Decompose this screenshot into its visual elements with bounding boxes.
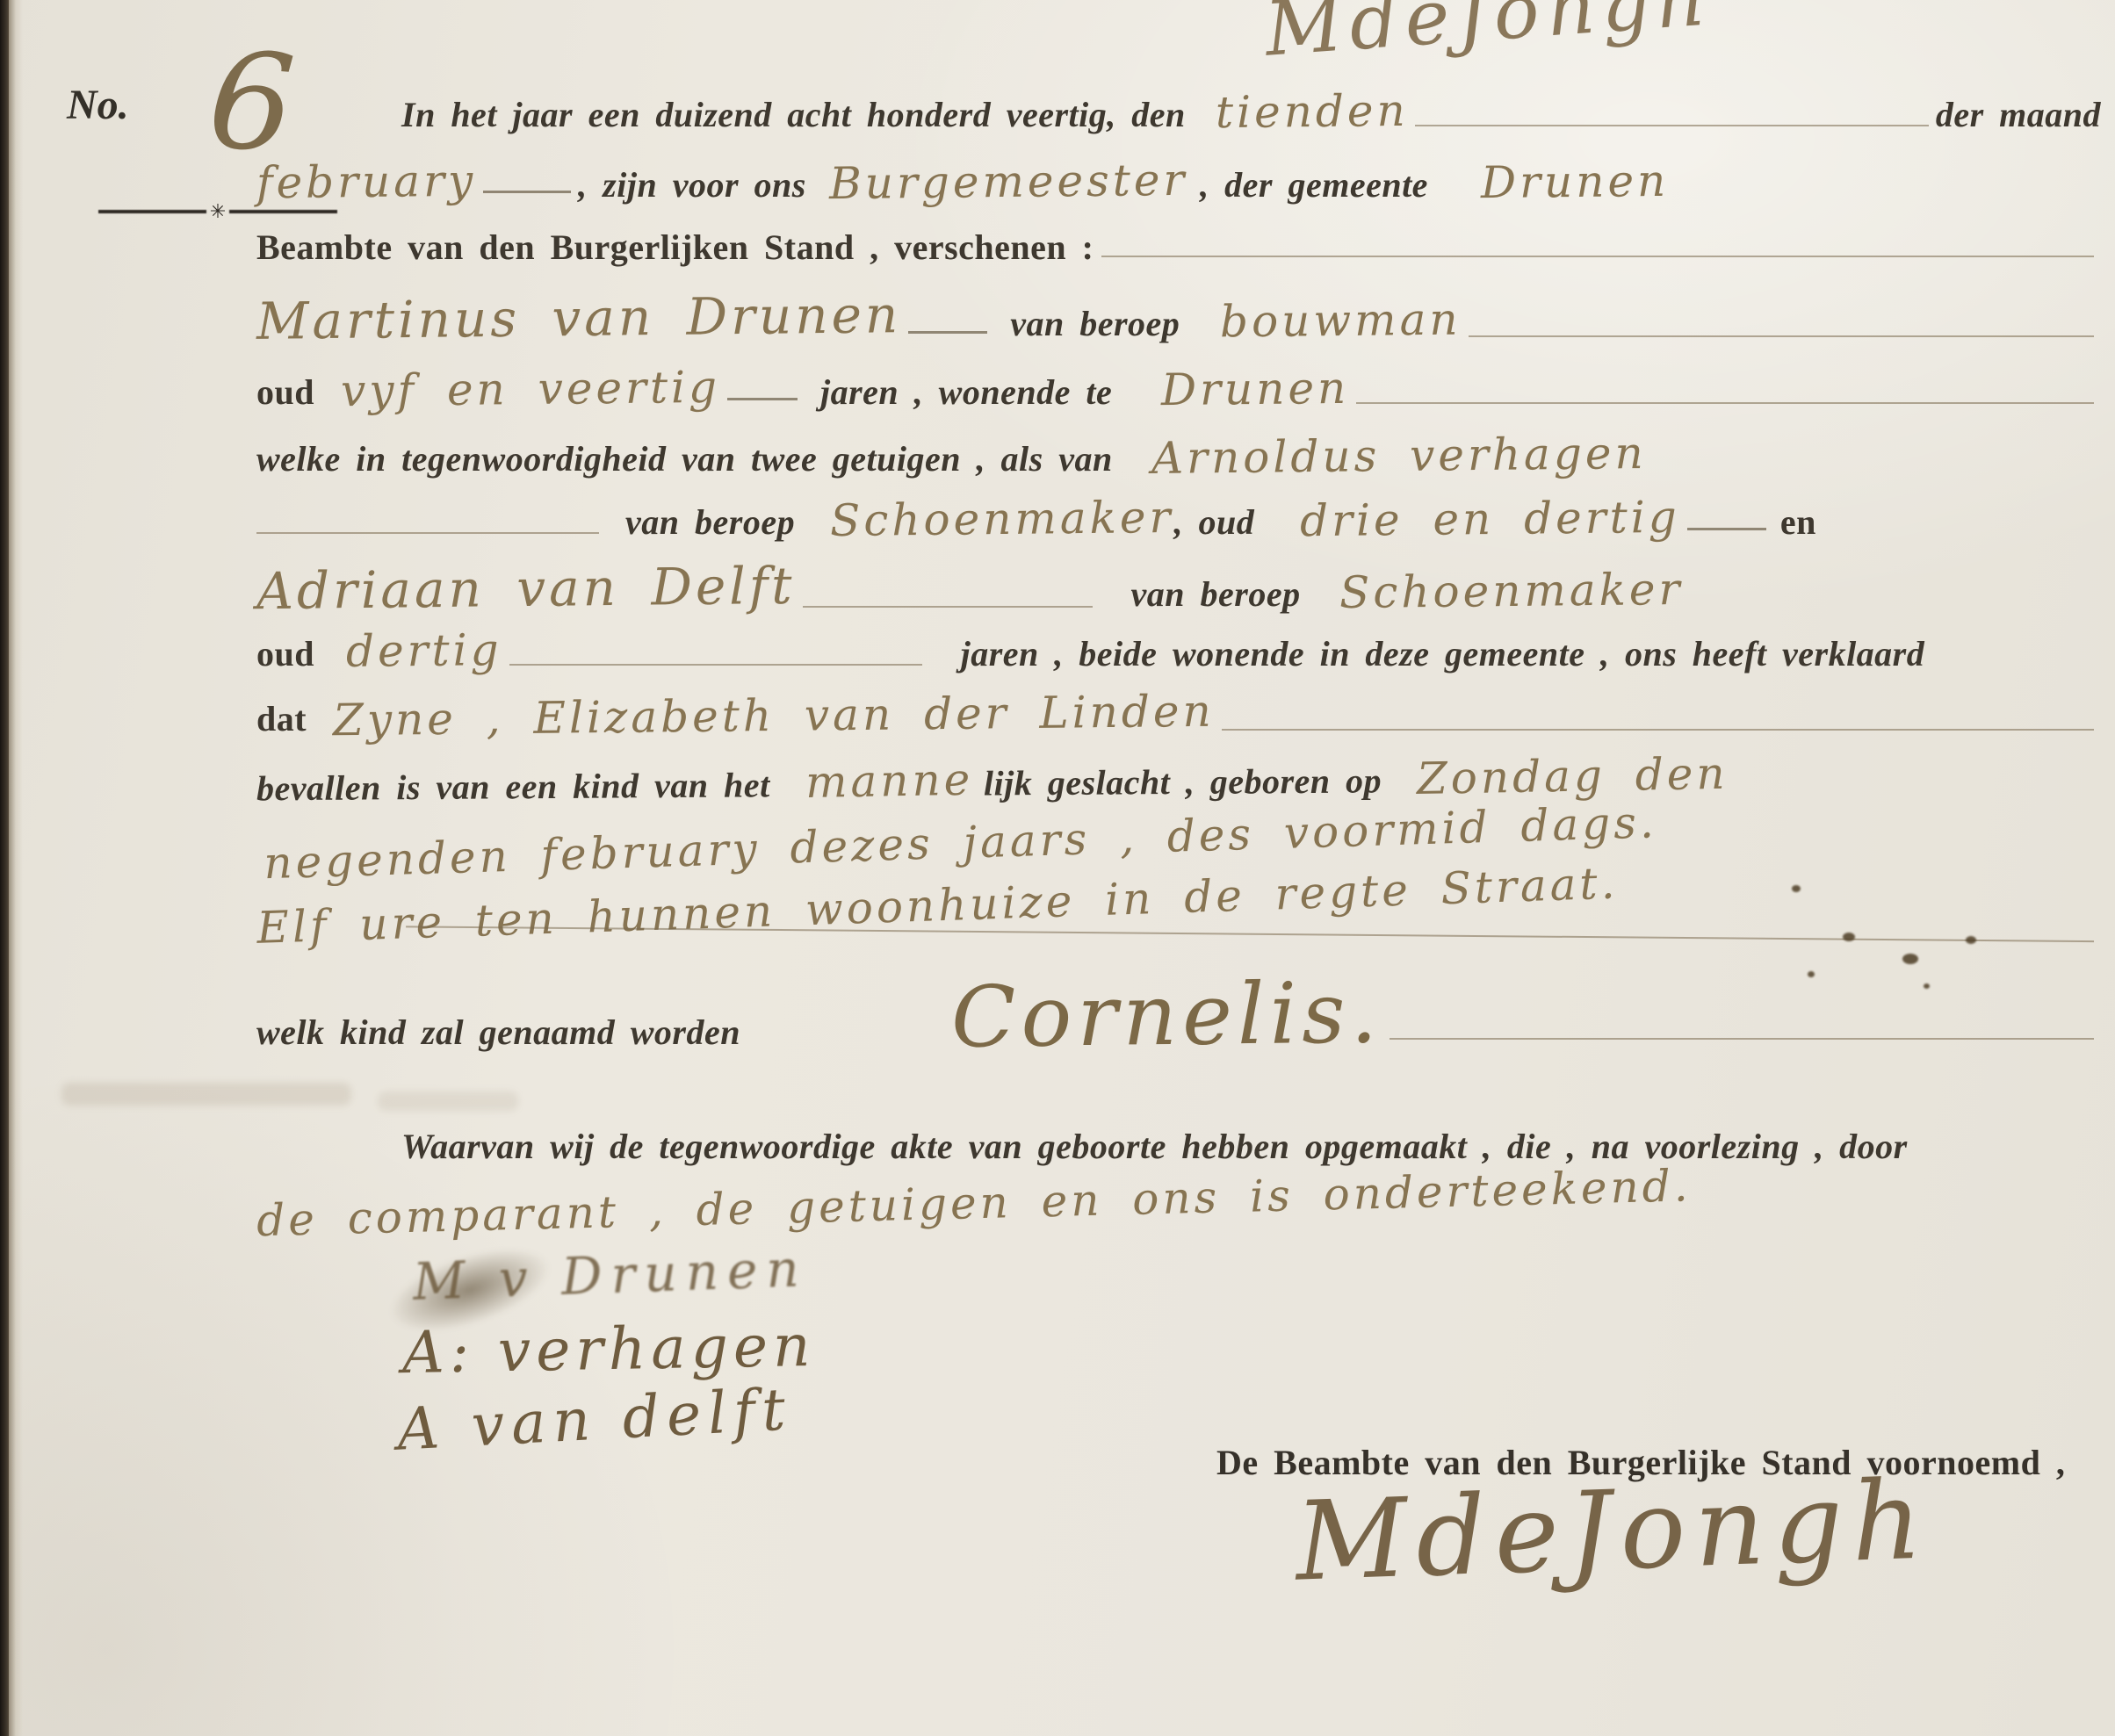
ink-dash [1687, 528, 1766, 530]
signature-witness-1: A: verhagen [401, 1312, 816, 1387]
divider-line [229, 210, 337, 213]
act-line: dat Zyne , Elizabeth van der Linden [256, 690, 2101, 741]
handwritten-text: Schoenmaker [830, 492, 1174, 546]
ink-rule [1222, 729, 2094, 731]
page-binding-edge [0, 0, 9, 1736]
ink-rule [803, 606, 1093, 608]
act-line: welke in tegenwoordigheid van twee getui… [256, 430, 2101, 481]
ink-blot [1792, 885, 1801, 892]
handwritten-text: Schoenmaker [1339, 564, 1683, 618]
ink-blot [1843, 933, 1855, 941]
bleed-through-mark [61, 1083, 351, 1106]
printed-text: jaren , wonende te [820, 371, 1112, 413]
handwritten-text: Adriaan van Delft [256, 556, 796, 621]
birth-record-page: MdeJongh No. 6 ✳ In het jaar een duizend… [0, 0, 2115, 1736]
handwritten-text: Zyne , Elizabeth van der Linden [333, 686, 1215, 746]
signature-witness-2: A van delft [395, 1375, 794, 1463]
closing-line: Waarvan wij de tegenwoordige akte van ge… [256, 1126, 2101, 1167]
printed-text: en [1780, 501, 1816, 543]
act-number-label: No. [67, 81, 129, 129]
signature-officiant: MdeJongh [1294, 1457, 1933, 1605]
printed-text: welk kind zal genaamd worden [256, 1012, 740, 1053]
ink-rule [406, 926, 2094, 942]
handwritten-text: Arnoldus verhagen [1151, 428, 1646, 484]
printed-text: van beroep [1010, 303, 1180, 344]
ink-blot [1902, 954, 1918, 964]
asterisk-icon: ✳ [206, 200, 229, 223]
printed-text: oud [256, 633, 314, 674]
ink-blot [1924, 983, 1930, 989]
closing-line: de comparant , de getuigen en ons is ond… [256, 1162, 2102, 1238]
handwritten-child-name: Cornelis. [950, 963, 1382, 1066]
bleed-through-mark [378, 1091, 518, 1111]
ink-rule [1390, 1038, 2094, 1040]
handwritten-text: Drunen [1481, 155, 1670, 208]
ink-dash [908, 331, 987, 334]
handwritten-text: Drunen [1161, 363, 1350, 415]
act-line: van beroep Schoenmaker , oud drie en der… [256, 493, 2101, 544]
handwritten-text: Burgemeester [829, 155, 1188, 209]
printed-text: bevallen is van een kind van het [256, 764, 770, 809]
handwritten-text: manne [805, 754, 973, 808]
handwritten-text: vyf en veertig [341, 362, 721, 417]
act-line: february , zijn voor ons Burgemeester , … [256, 156, 2101, 207]
divider-line [98, 210, 206, 213]
ink-dash [483, 191, 571, 193]
act-line: In het jaar een duizend acht honderd vee… [256, 86, 2101, 137]
handwritten-text: tienden [1215, 85, 1408, 138]
printed-text: oud [256, 371, 314, 413]
printed-text: , zijn voor ons [578, 164, 806, 205]
act-line: Adriaan van Delft van beroep Schoenmaker [256, 558, 2101, 618]
ink-rule [509, 664, 922, 666]
act-line: welk kind zal genaamd worden Cornelis. [256, 966, 2101, 1064]
ink-rule [1356, 402, 2094, 404]
printed-text: dat [256, 698, 307, 739]
printed-text: , oud [1173, 501, 1254, 543]
printed-text: Beambte van den Burgerlijken Stand , ver… [256, 227, 1094, 268]
ink-rule [1469, 335, 2094, 337]
handwritten-text: de comparant , de getuigen en ons is ond… [256, 1160, 1693, 1246]
page-binding-shadow [9, 0, 23, 1736]
printed-text: In het jaar een duizend acht honderd vee… [401, 94, 1186, 135]
ink-blot [1808, 971, 1815, 977]
printed-text: van beroep [1131, 573, 1301, 615]
handwritten-text: Zondag den [1417, 748, 1729, 804]
act-line: Beambte van den Burgerlijken Stand , ver… [256, 227, 2101, 268]
ink-blot [1966, 936, 1976, 944]
printed-text: der maand [1936, 94, 2101, 135]
ink-rule [1415, 125, 1928, 126]
handwritten-text: bouwman [1220, 294, 1462, 348]
signature-comparant: M v Drunen [412, 1238, 809, 1312]
ink-dash [727, 398, 798, 400]
printed-text: , der gemeente [1200, 164, 1428, 205]
printed-text: van beroep [625, 501, 795, 543]
act-line [256, 925, 2101, 953]
act-line: Martinus van Drunen van beroep bouwman [256, 288, 2101, 348]
top-margin-signature: MdeJongh [1262, 0, 1715, 74]
handwritten-text: dertig [346, 624, 502, 677]
act-line: oud dertig jaren , beide wonende in deze… [256, 625, 2101, 676]
printed-text: jaren , beide wonende in deze gemeente ,… [961, 633, 1925, 674]
handwritten-text: drie en dertig [1300, 492, 1680, 547]
printed-text: welke in tegenwoordigheid van twee getui… [256, 438, 1113, 479]
ink-rule [256, 532, 599, 534]
printed-text: lijk geslacht , geboren op [984, 760, 1382, 803]
act-line: oud vyf en veertig jaren , wonende te Dr… [256, 364, 2101, 414]
handwritten-text: february [256, 155, 477, 209]
handwritten-text: Martinus van Drunen [256, 285, 902, 351]
ink-rule [1101, 256, 2095, 257]
